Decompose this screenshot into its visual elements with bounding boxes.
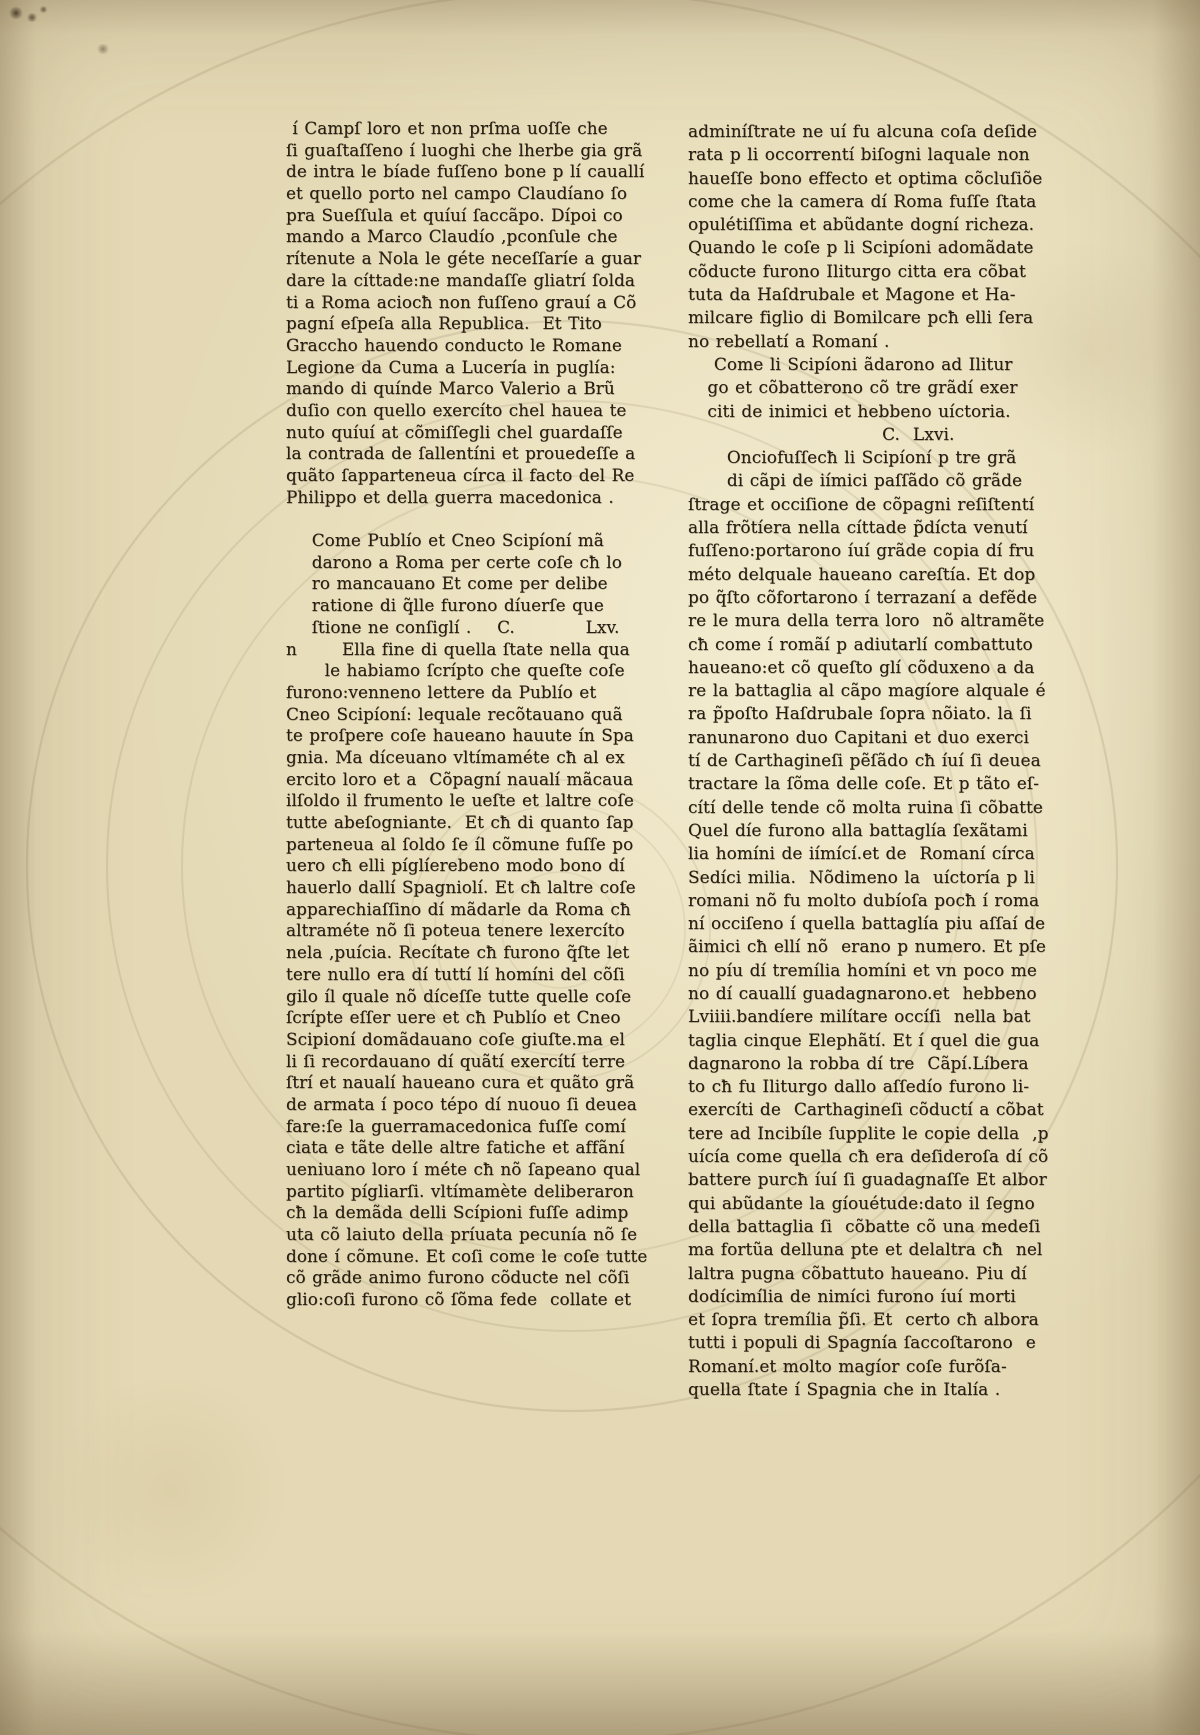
- text-line: re le mura della terra loro nõ altramẽte: [688, 609, 1036, 632]
- text-line: gnia. Ma díceuano vltímaméte cħ al ex: [286, 747, 646, 769]
- text-line: apparechiaſſino dí mãdarle da Roma cħ: [286, 899, 646, 921]
- text-line: [286, 508, 646, 530]
- text-line: mando a Marco Claudío ,pconſule che: [286, 226, 646, 248]
- text-line: te proſpere coſe haueano hauute ín Spa: [286, 725, 646, 747]
- text-line: Romaní.et molto magíor coſe furõſa-: [688, 1355, 1036, 1378]
- text-line: rata p li occorrentí biſogni laquale non: [688, 143, 1036, 166]
- text-line: de armata í poco tépo dí nuouo ſi deuea: [286, 1094, 646, 1116]
- text-column-left: í Campſ loro et non prſma uoſſe cheſi gu…: [286, 118, 646, 1311]
- text-line: ſi guaſtaſſeno í luoghi che lherbe gia g…: [286, 140, 646, 162]
- text-line: fare:ſe la guerramacedonica fuſſe comí: [286, 1116, 646, 1138]
- text-line: tutte abeſogniante. Et cħ di quanto ſap: [286, 812, 646, 834]
- text-line: glio:coſi furono cõ ſõma fede collate et: [286, 1289, 646, 1311]
- text-line: cħ come í romãí p adiutarlí combattuto: [688, 633, 1036, 656]
- text-line: milcare figlio di Bomilcare pcħ elli ſer…: [688, 306, 1036, 329]
- ink-stain: [8, 7, 24, 19]
- text-line: come che la camera dí Roma fuſſe ſtata: [688, 190, 1036, 213]
- text-line: tutti i populi di Spagnía ſaccoſtarono e: [688, 1331, 1036, 1354]
- text-line: Philippo et della guerra macedonica .: [286, 487, 646, 509]
- text-line: ſtrage et occiſione de cõpagni reſiſtent…: [688, 493, 1036, 516]
- text-line: altraméte nõ ſi poteua tenere lexercíto: [286, 920, 646, 942]
- text-line: cítí delle tende cõ molta ruina ſi cõbat…: [688, 796, 1036, 819]
- text-line: no píu dí tremília homíni et vn poco me: [688, 959, 1036, 982]
- text-line: go et cõbatterono cõ tre grãdí exer: [688, 376, 1036, 399]
- text-line: Quel díe furono alla battaglía ſexãtami: [688, 819, 1036, 842]
- text-line: li ſi recordauano dí quãtí exercítí terr…: [286, 1051, 646, 1073]
- text-line: et quello porto nel campo Claudíano ſo: [286, 183, 646, 205]
- text-line: opulétiſſima et abũdante dogní richeza.: [688, 213, 1036, 236]
- text-line: nela ,puícia. Recítate cħ furono q̃ſte l…: [286, 942, 646, 964]
- text-line: no dí cauallí guadagnarono.et hebbeno: [688, 982, 1036, 1005]
- text-line: Come li Scipíoni ãdarono ad Ilitur: [688, 353, 1036, 376]
- text-line: di cãpi de iímici paſſãdo cõ grãde: [688, 469, 1036, 492]
- text-line: ra p̃poſto Haſdrubale ſopra nõiato. la ſ…: [688, 702, 1036, 725]
- text-line: í Campſ loro et non prſma uoſſe che: [286, 118, 646, 140]
- text-line: ercito loro et a Cõpagní naualí mãcaua: [286, 769, 646, 791]
- text-line: hauerlo dallí Spagniolí. Et cħ laltre co…: [286, 877, 646, 899]
- text-line: Sedíci milia. Nõdimeno la uíctoría p li: [688, 866, 1036, 889]
- text-line: uícía come quella cħ era deſideroſa dí c…: [688, 1145, 1036, 1168]
- text-line: nuto quíuí at cõmiſſegli chel guardaſſe: [286, 422, 646, 444]
- text-line: pra Sueſſula et quíuí ſaccãpo. Dípoi co: [286, 205, 646, 227]
- text-line: méto delquale haueano careſtía. Et dop: [688, 563, 1036, 586]
- text-line: ciata e tãte delle altre fatiche et affã…: [286, 1137, 646, 1159]
- text-line: gilo íl quale nõ díceſſe tutte quelle co…: [286, 986, 646, 1008]
- text-line: dare la cíttade:ne mandaſſe gliatrí ſold…: [286, 270, 646, 292]
- text-line: Quando le coſe p li Scipíoni adomãdate: [688, 236, 1036, 259]
- text-line: cõ grãde animo furono cõducte nel cõſi: [286, 1267, 646, 1289]
- text-line: quãto ſapparteneua círca il facto del Re: [286, 465, 646, 487]
- text-line: mando di quínde Marco Valerio a Brũ: [286, 378, 646, 400]
- text-line: della battaglia ſi cõbatte cõ una medeſi: [688, 1215, 1036, 1238]
- text-line: citi de inimici et hebbeno uíctoria.: [688, 400, 1036, 423]
- text-line: Scipioní domãdauano coſe giuſte.ma el: [286, 1029, 646, 1051]
- text-line: ueniuano loro í méte cħ nõ ſapeano qual: [286, 1159, 646, 1181]
- text-line: Legione da Cuma a Lucería in puglía:: [286, 357, 646, 379]
- text-line: quella ſtate í Spagnia che in Italía .: [688, 1378, 1036, 1401]
- scanned-page: í Campſ loro et non prſma uoſſe cheſi gu…: [0, 0, 1200, 1735]
- text-line: Onciofuſſecħ li Scipíoní p tre grã: [688, 446, 1036, 469]
- text-line: rítenute a Nola le géte neceſſaríe a gua…: [286, 248, 646, 270]
- text-line: alla frõtíera nella cíttade p̃dícta venu…: [688, 516, 1036, 539]
- text-line: Come Publío et Cneo Scipíoní mã: [286, 530, 646, 552]
- text-line: de intra le bíade fuſſeno bone p lí caua…: [286, 161, 646, 183]
- text-line: battere purcħ íuí ſi guadagnaſſe Et albo…: [688, 1168, 1036, 1191]
- text-line: parteneua al ſoldo ſe íl cõmune fuſſe po: [286, 834, 646, 856]
- text-line: dodícimília de nimíci furono íuí morti: [688, 1285, 1036, 1308]
- text-line: done í cõmune. Et coſi come le coſe tutt…: [286, 1246, 646, 1268]
- text-line: no rebellatí a Romaní .: [688, 330, 1036, 353]
- text-line: Graccho hauendo conducto le Romane: [286, 335, 646, 357]
- text-line: Lviiii.bandíere milítare occíſi nella ba…: [688, 1005, 1036, 1028]
- text-line: Cneo Scipíoní: lequale recõtauano quã: [286, 704, 646, 726]
- text-line: re la battaglia al cãpo magíore alquale …: [688, 679, 1036, 702]
- ink-stain: [96, 44, 110, 54]
- text-line: ſcrípte eſſer uere et cħ Publío et Cneo: [286, 1007, 646, 1029]
- text-line: dagnarono la robba dí tre Cãpí.Líbera: [688, 1052, 1036, 1075]
- text-line: ranunarono duo Capitani et duo exerci: [688, 726, 1036, 749]
- text-line: partito pígliarſi. vltímamète deliberaro…: [286, 1181, 646, 1203]
- text-line: ma fortũa delluna pte et delaltra cħ nel: [688, 1238, 1036, 1261]
- foxing-stain: [40, 1380, 300, 1600]
- text-line: et ſopra tremília p̃ſi. Et certo cħ albo…: [688, 1308, 1036, 1331]
- text-line: to cħ fu Iliturgo dallo aſſedío furono l…: [688, 1075, 1036, 1098]
- ink-stain: [39, 6, 48, 13]
- text-line: ãimici cħ ellí nõ erano p numero. Et pſe: [688, 935, 1036, 958]
- text-line: haueano:et cõ queſto glí cõduxeno a da: [688, 656, 1036, 679]
- ink-stain: [26, 13, 38, 22]
- text-line: darono a Roma per certe coſe cħ lo: [286, 552, 646, 574]
- text-line: tere nullo era dí tuttí lí homíni del cõ…: [286, 964, 646, 986]
- text-line: tuta da Haſdrubale et Magone et Ha-: [688, 283, 1036, 306]
- text-line: furono:venneno lettere da Publío et: [286, 682, 646, 704]
- text-line: n Ella fine di quella ſtate nella qua: [286, 639, 646, 661]
- text-line: cõducte furono Iliturgo citta era cõbat: [688, 260, 1036, 283]
- text-line: C. Lxvi.: [688, 423, 1036, 446]
- text-line: exercíti de Carthagineſi cõductí a cõbat: [688, 1098, 1036, 1121]
- text-line: la contrada de ſallentíni et prouedeſſe …: [286, 443, 646, 465]
- text-line: lia homíni de iímící.et de Romaní círca: [688, 842, 1036, 865]
- text-line: taglia cinque Elephãtí. Et í quel die gu…: [688, 1029, 1036, 1052]
- text-line: cħ la demãda delli Scípioni fuſſe adimp: [286, 1202, 646, 1224]
- text-line: tere ad Incibíle ſupplite le copie della…: [688, 1122, 1036, 1145]
- text-column-right: adminíſtrate ne uí fu alcuna coſa deſide…: [688, 120, 1036, 1401]
- text-line: ní occiſeno í quella battaglía piu aſſaí…: [688, 912, 1036, 935]
- text-line: ratione di q̃lle furono díuerſe que: [286, 595, 646, 617]
- text-line: tí de Carthagineſi pẽſãdo cħ íuí ſi deue…: [688, 749, 1036, 772]
- text-line: ſtione ne conſiglí . C. Lxv.: [286, 617, 646, 639]
- text-line: ti a Roma aciocħ non fuſſeno grauí a Cõ: [286, 292, 646, 314]
- text-line: fuſſeno:portarono íuí grãde copia dí fru: [688, 539, 1036, 562]
- text-line: pagní eſpeſa alla Republica. Et Tito: [286, 313, 646, 335]
- text-line: uta cõ laiuto della príuata pecunía nõ ſ…: [286, 1224, 646, 1246]
- text-line: romani nõ fu molto dubíoſa pocħ í roma: [688, 889, 1036, 912]
- text-line: tractare la ſõma delle coſe. Et p tãto e…: [688, 772, 1036, 795]
- text-line: qui abũdante la gíouétude:dato il ſegno: [688, 1192, 1036, 1215]
- text-line: ilſoldo il frumento le ueſte et laltre c…: [286, 790, 646, 812]
- text-line: le habiamo ſcrípto che queſte coſe: [286, 660, 646, 682]
- text-line: ro mancauano Et come per delibe: [286, 573, 646, 595]
- text-line: uero cħ elli píglíerebeno modo bono dí: [286, 855, 646, 877]
- text-line: duſio con quello exercíto chel hauea te: [286, 400, 646, 422]
- text-line: adminíſtrate ne uí fu alcuna coſa deſide: [688, 120, 1036, 143]
- text-line: haueſſe bono effecto et optima cõcluſiõe: [688, 167, 1036, 190]
- text-line: laltra pugna cõbattuto haueano. Piu dí: [688, 1262, 1036, 1285]
- text-line: ſtrí et naualí haueano cura et quãto grã: [286, 1072, 646, 1094]
- text-line: po q̃ſto cõfortarono í terrazaní a defẽd…: [688, 586, 1036, 609]
